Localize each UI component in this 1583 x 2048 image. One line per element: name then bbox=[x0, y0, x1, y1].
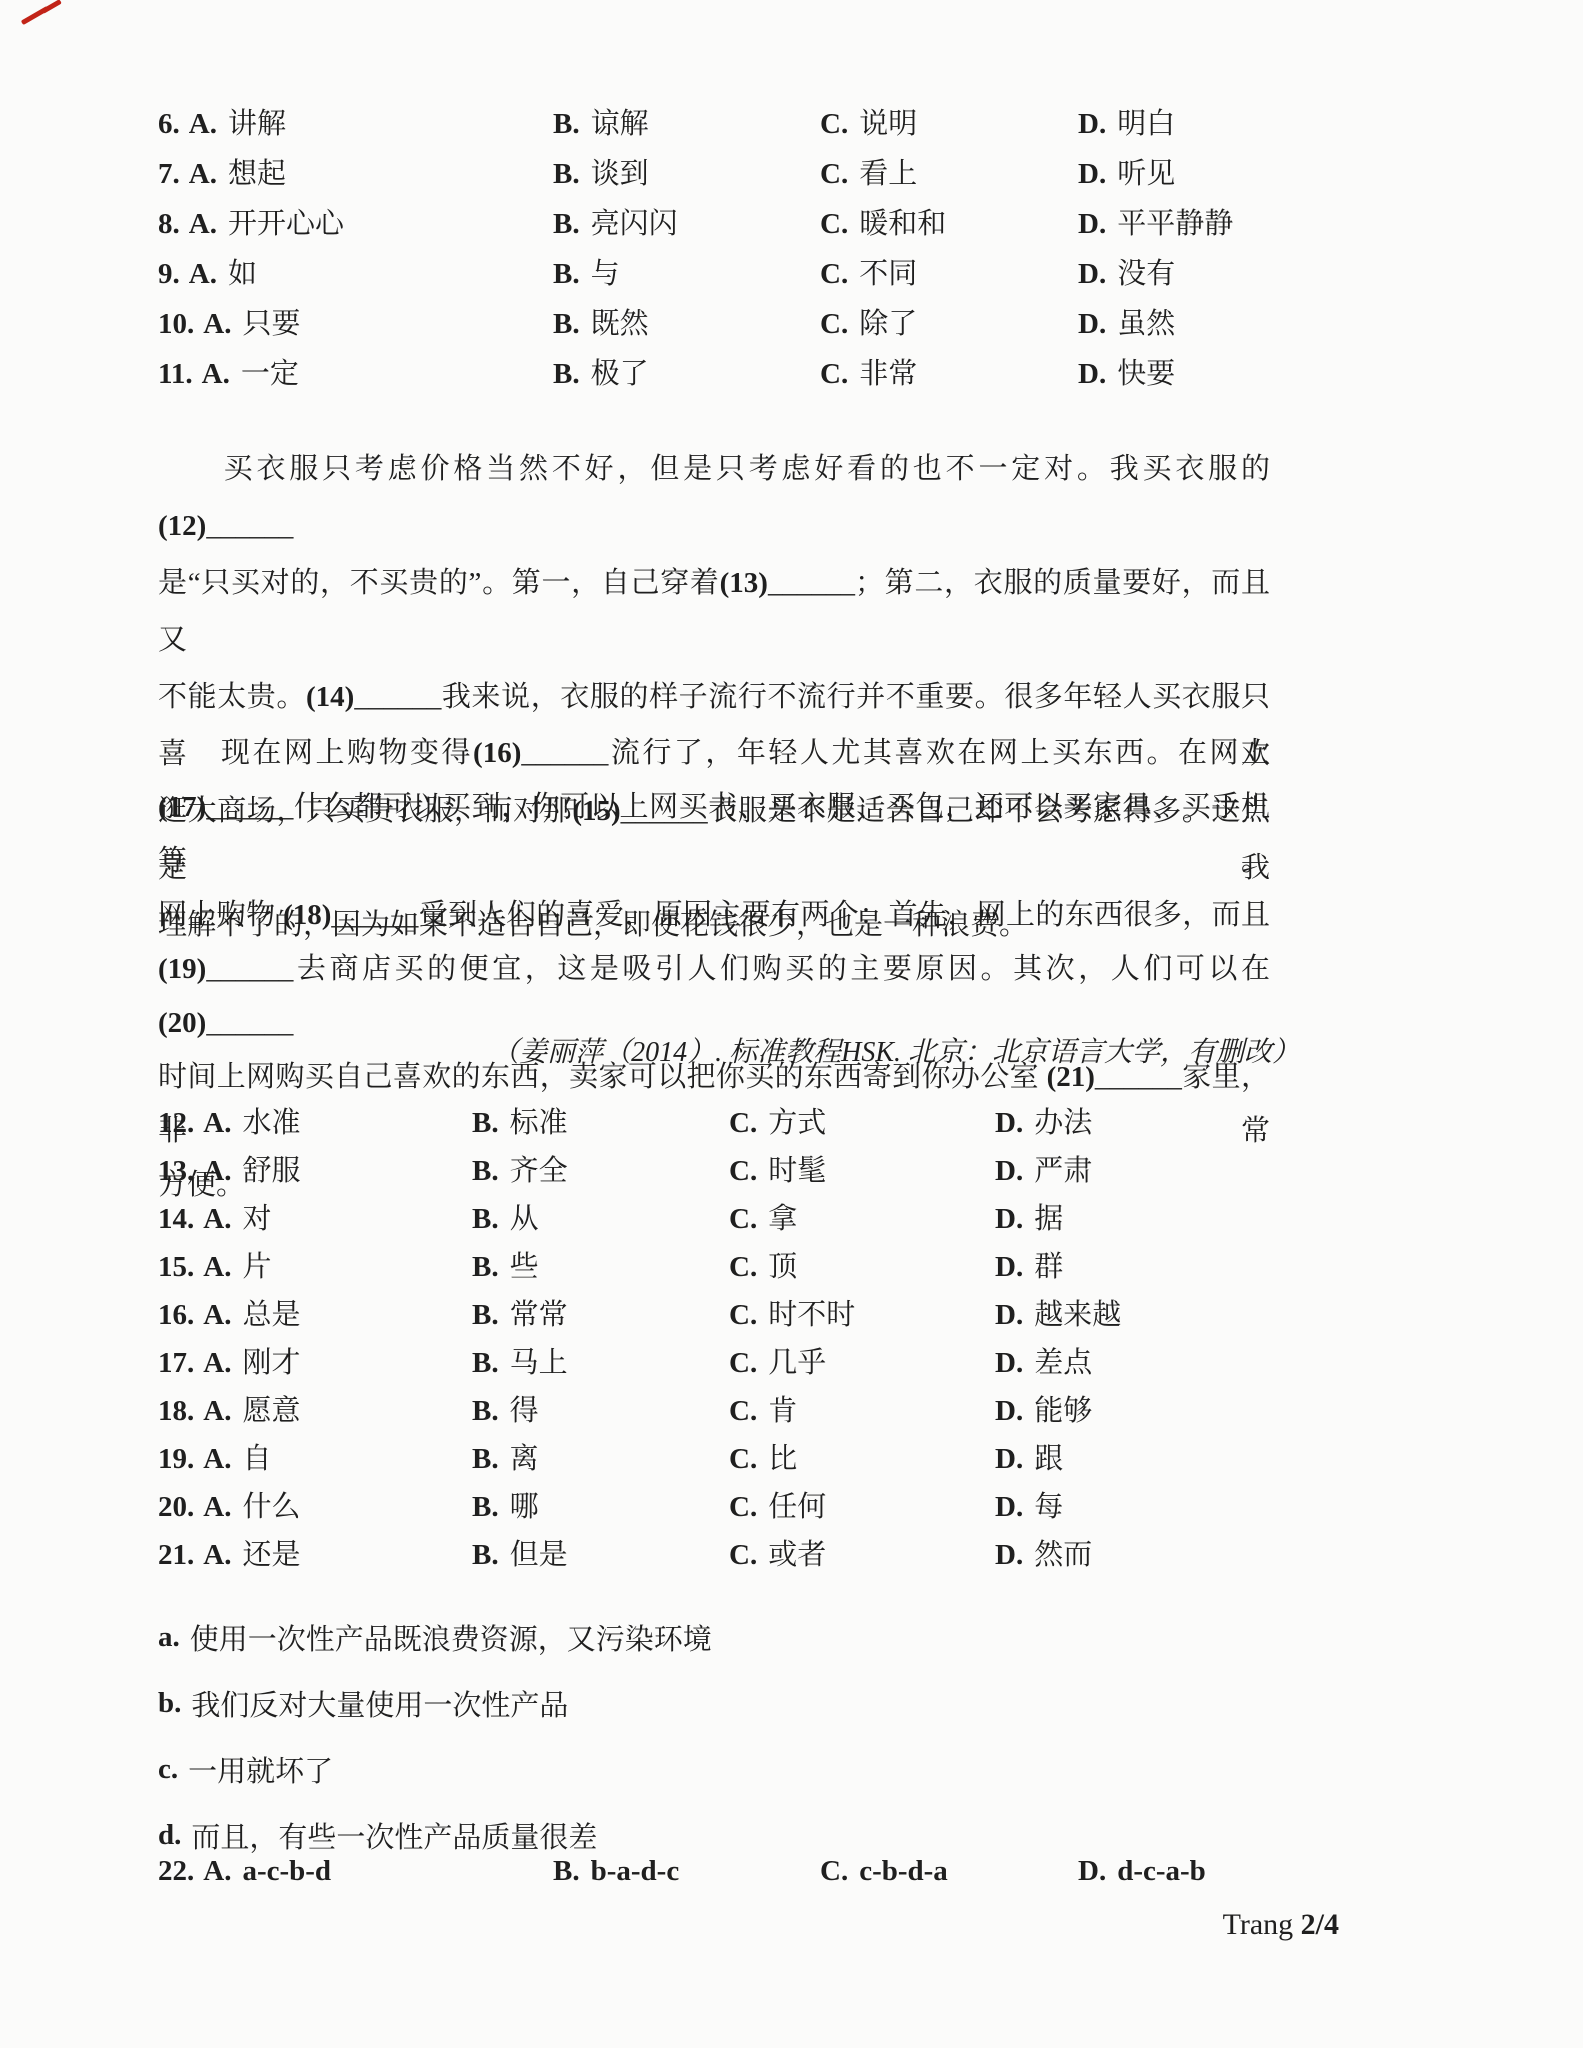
sentence-item-a: a.使用一次性产品既浪费资源，又污染环境 bbox=[158, 1604, 1258, 1670]
passage-text: ______流行了，年轻人尤其喜欢在网上买东西。在网上 bbox=[521, 737, 1270, 769]
option-d: D.没有 bbox=[1078, 251, 1428, 292]
option-letter: B. bbox=[553, 158, 580, 190]
option-letter: A. bbox=[203, 1203, 231, 1235]
option-text: 然而 bbox=[1034, 1539, 1092, 1571]
question-number: 13. bbox=[158, 1155, 194, 1187]
blank-number: (12) bbox=[158, 510, 206, 542]
question-row-6: 6.A.讲解B.谅解C.说明D.明白 bbox=[158, 96, 1428, 146]
option-text: 几乎 bbox=[768, 1347, 826, 1379]
option-text: 谈到 bbox=[591, 158, 649, 190]
option-text: 顶 bbox=[768, 1251, 797, 1283]
question-number: 22. bbox=[158, 1855, 194, 1887]
option-letter: C. bbox=[729, 1443, 757, 1475]
question-number: 11. bbox=[158, 358, 193, 390]
option-d: D.每 bbox=[995, 1484, 1428, 1525]
question-row-15: 15.A.片B.些C.顶D.群 bbox=[158, 1240, 1428, 1288]
option-text: 办法 bbox=[1034, 1107, 1092, 1139]
passage-text: 现在网上购物变得 bbox=[158, 737, 473, 769]
question-number: 21. bbox=[158, 1539, 194, 1571]
option-text: 谅解 bbox=[591, 108, 649, 140]
question-number: 8. bbox=[158, 208, 180, 240]
option-b: B.标准 bbox=[472, 1100, 729, 1141]
option-a: 15.A.片 bbox=[158, 1244, 472, 1285]
option-a: 13.A.舒服 bbox=[158, 1148, 472, 1189]
option-letter: A. bbox=[203, 1443, 231, 1475]
option-text: 看上 bbox=[859, 158, 917, 190]
question-row-21: 21.A.还是B.但是C.或者D.然而 bbox=[158, 1528, 1428, 1576]
passage-text: ______ bbox=[206, 510, 293, 542]
option-text: 时髦 bbox=[768, 1155, 826, 1187]
passage-line: 网上购物 (18)______受到人们的喜爱，原因主要有两个：首先，网上的东西很… bbox=[158, 888, 1270, 942]
option-letter: C. bbox=[729, 1491, 757, 1523]
page-number-prefix: Trang bbox=[1223, 1908, 1301, 1941]
option-d: D.然而 bbox=[995, 1532, 1428, 1573]
option-c: C.除了 bbox=[820, 301, 1078, 342]
option-d: D.办法 bbox=[995, 1100, 1428, 1141]
option-d: D.跟 bbox=[995, 1436, 1428, 1477]
question-row-12: 12.A.水准B.标准C.方式D.办法 bbox=[158, 1096, 1428, 1144]
sentence-text: 一用就坏了 bbox=[188, 1749, 333, 1790]
option-text: 如 bbox=[228, 258, 257, 290]
option-letter: D. bbox=[995, 1443, 1023, 1475]
option-letter: D. bbox=[1078, 358, 1106, 390]
question-number: 9. bbox=[158, 258, 180, 290]
option-a: 7.A.想起 bbox=[158, 151, 553, 192]
option-text: 暖和和 bbox=[859, 208, 946, 240]
option-letter: C. bbox=[729, 1347, 757, 1379]
option-text: d-c-a-b bbox=[1117, 1855, 1206, 1887]
passage-line: 是“只买对的，不买贵的”。第一，自己穿着(13)______；第二，衣服的质量要… bbox=[158, 555, 1270, 669]
option-letter: B. bbox=[553, 258, 580, 290]
option-letter: D. bbox=[995, 1347, 1023, 1379]
question-row-9: 9.A.如B.与C.不同D.没有 bbox=[158, 246, 1428, 296]
option-letter: A. bbox=[189, 208, 217, 240]
option-letter: B. bbox=[553, 1855, 580, 1887]
option-text: 只要 bbox=[242, 308, 300, 340]
option-letter: B. bbox=[553, 358, 580, 390]
option-letter: A. bbox=[202, 358, 230, 390]
option-c: C.c-b-d-a bbox=[820, 1855, 1078, 1888]
option-text: 据 bbox=[1034, 1203, 1063, 1235]
option-c: C.方式 bbox=[729, 1100, 995, 1141]
passage-text: ______去商店买的便宜，这是吸引人们购买的主要原因。其次，人们可以在 bbox=[206, 953, 1270, 985]
option-b: B.从 bbox=[472, 1196, 729, 1237]
option-letter: C. bbox=[729, 1299, 757, 1331]
option-c: C.拿 bbox=[729, 1196, 995, 1237]
option-letter: D. bbox=[1078, 1855, 1106, 1887]
blank-number: (13) bbox=[720, 567, 768, 599]
question-row-13: 13.A.舒服B.齐全C.时髦D.严肃 bbox=[158, 1144, 1428, 1192]
question-row-11: 11.A.一定B.极了C.非常D.快要 bbox=[158, 346, 1428, 396]
option-text: 极了 bbox=[591, 358, 649, 390]
option-text: 还是 bbox=[242, 1539, 300, 1571]
option-letter: D. bbox=[1078, 258, 1106, 290]
option-letter: A. bbox=[203, 1299, 231, 1331]
option-text: 得 bbox=[510, 1395, 539, 1427]
option-c: C.非常 bbox=[820, 351, 1078, 392]
option-letter: C. bbox=[820, 1855, 848, 1887]
option-letter: A. bbox=[203, 1155, 231, 1187]
option-d: D.群 bbox=[995, 1244, 1428, 1285]
option-letter: B. bbox=[472, 1491, 499, 1523]
option-letter: B. bbox=[553, 208, 580, 240]
passage-line: 买衣服只考虑价格当然不好，但是只考虑好看的也不一定对。我买衣服的 (12)___… bbox=[158, 441, 1270, 555]
option-text: 哪 bbox=[510, 1491, 539, 1523]
option-letter: A. bbox=[203, 1251, 231, 1283]
option-d: D.d-c-a-b bbox=[1078, 1855, 1428, 1888]
option-letter: C. bbox=[820, 108, 848, 140]
option-d: D.能够 bbox=[995, 1388, 1428, 1429]
option-letter: C. bbox=[729, 1203, 757, 1235]
option-letter: D. bbox=[1078, 108, 1106, 140]
sentence-label: c. bbox=[158, 1753, 178, 1786]
option-letter: D. bbox=[995, 1539, 1023, 1571]
option-b: B.离 bbox=[472, 1436, 729, 1477]
option-letter: C. bbox=[729, 1395, 757, 1427]
option-d: D.越来越 bbox=[995, 1292, 1428, 1333]
option-text: a-c-b-d bbox=[242, 1855, 331, 1887]
option-text: 想起 bbox=[228, 158, 286, 190]
option-text: 方式 bbox=[768, 1107, 826, 1139]
option-text: 些 bbox=[510, 1251, 539, 1283]
question-number: 17. bbox=[158, 1347, 194, 1379]
question-row-19: 19.A.自B.离C.比D.跟 bbox=[158, 1432, 1428, 1480]
option-letter: B. bbox=[472, 1203, 499, 1235]
option-letter: B. bbox=[553, 308, 580, 340]
option-text: 舒服 bbox=[242, 1155, 300, 1187]
option-text: 越来越 bbox=[1034, 1299, 1121, 1331]
option-b: B.与 bbox=[553, 251, 820, 292]
option-letter: B. bbox=[472, 1251, 499, 1283]
option-c: C.看上 bbox=[820, 151, 1078, 192]
option-letter: B. bbox=[472, 1539, 499, 1571]
option-a: 8.A.开开心心 bbox=[158, 201, 553, 242]
blank-number: (14) bbox=[306, 681, 354, 713]
option-letter: A. bbox=[203, 1855, 231, 1887]
option-text: 每 bbox=[1034, 1491, 1063, 1523]
option-a: 21.A.还是 bbox=[158, 1532, 472, 1573]
option-letter: B. bbox=[472, 1107, 499, 1139]
option-text: 没有 bbox=[1117, 258, 1175, 290]
option-text: 非常 bbox=[859, 358, 917, 390]
option-text: 讲解 bbox=[228, 108, 286, 140]
option-text: 刚才 bbox=[242, 1347, 300, 1379]
option-letter: C. bbox=[820, 258, 848, 290]
option-c: C.时不时 bbox=[729, 1292, 995, 1333]
option-b: B.b-a-d-c bbox=[553, 1855, 820, 1888]
blank-number: (19) bbox=[158, 953, 206, 985]
passage-text: 不能太贵。 bbox=[158, 681, 306, 713]
option-letter: A. bbox=[203, 1347, 231, 1379]
option-d: D.平平静静 bbox=[1078, 201, 1428, 242]
document-page: 6.A.讲解B.谅解C.说明D.明白7.A.想起B.谈到C.看上D.听见8.A.… bbox=[0, 0, 1583, 2048]
option-d: D.快要 bbox=[1078, 351, 1428, 392]
question-row-7: 7.A.想起B.谈到C.看上D.听见 bbox=[158, 146, 1428, 196]
option-c: C.不同 bbox=[820, 251, 1078, 292]
option-d: D.据 bbox=[995, 1196, 1428, 1237]
option-text: 不同 bbox=[859, 258, 917, 290]
option-text: 快要 bbox=[1117, 358, 1175, 390]
page-number-value: 2/4 bbox=[1301, 1908, 1339, 1941]
option-c: C.任何 bbox=[729, 1484, 995, 1525]
option-text: c-b-d-a bbox=[859, 1855, 948, 1887]
question-number: 10. bbox=[158, 308, 194, 340]
option-text: 严肃 bbox=[1034, 1155, 1092, 1187]
option-text: 开开心心 bbox=[228, 208, 344, 240]
option-letter: D. bbox=[1078, 158, 1106, 190]
option-text: 时不时 bbox=[768, 1299, 855, 1331]
option-text: 听见 bbox=[1117, 158, 1175, 190]
question-number: 7. bbox=[158, 158, 180, 190]
option-text: 常常 bbox=[510, 1299, 568, 1331]
option-letter: C. bbox=[729, 1107, 757, 1139]
option-letter: C. bbox=[729, 1155, 757, 1187]
option-a: 12.A.水准 bbox=[158, 1100, 472, 1141]
blank-number: (18) bbox=[283, 899, 331, 931]
option-text: 跟 bbox=[1034, 1443, 1063, 1475]
question-row-22: 22.A.a-c-b-dB.b-a-d-cC.c-b-d-aD.d-c-a-b bbox=[158, 1846, 1428, 1896]
sentence-text: 使用一次性产品既浪费资源，又污染环境 bbox=[190, 1617, 712, 1658]
sentence-label: b. bbox=[158, 1687, 181, 1720]
option-letter: B. bbox=[472, 1299, 499, 1331]
option-letter: A. bbox=[189, 258, 217, 290]
option-c: C.几乎 bbox=[729, 1340, 995, 1381]
passage-text: ______什么都可以买到，你可以上网买书、买衣服、买包，还可以买家具、买手机等… bbox=[158, 791, 1270, 877]
question-number: 16. bbox=[158, 1299, 194, 1331]
option-text: 比 bbox=[768, 1443, 797, 1475]
option-text: 群 bbox=[1034, 1251, 1063, 1283]
question-number: 19. bbox=[158, 1443, 194, 1475]
option-a: 16.A.总是 bbox=[158, 1292, 472, 1333]
option-b: B.谅解 bbox=[553, 101, 820, 142]
option-b: B.常常 bbox=[472, 1292, 729, 1333]
passage-text: 是“只买对的，不买贵的”。第一，自己穿着 bbox=[158, 567, 720, 599]
option-letter: D. bbox=[995, 1299, 1023, 1331]
option-text: 除了 bbox=[859, 308, 917, 340]
option-text: 齐全 bbox=[510, 1155, 568, 1187]
question-table-12-21: 12.A.水准B.标准C.方式D.办法13.A.舒服B.齐全C.时髦D.严肃14… bbox=[158, 1096, 1428, 1576]
option-b: B.得 bbox=[472, 1388, 729, 1429]
option-text: 总是 bbox=[242, 1299, 300, 1331]
option-d: D.听见 bbox=[1078, 151, 1428, 192]
option-text: 片 bbox=[242, 1251, 271, 1283]
red-pen-mark bbox=[41, 0, 62, 14]
option-a: 10.A.只要 bbox=[158, 301, 553, 342]
option-letter: D. bbox=[995, 1155, 1023, 1187]
question-table-6-11: 6.A.讲解B.谅解C.说明D.明白7.A.想起B.谈到C.看上D.听见8.A.… bbox=[158, 96, 1428, 396]
option-text: 虽然 bbox=[1117, 308, 1175, 340]
sentence-text: 我们反对大量使用一次性产品 bbox=[191, 1683, 568, 1724]
option-letter: D. bbox=[1078, 308, 1106, 340]
sentence-item-c: c.一用就坏了 bbox=[158, 1736, 1258, 1802]
option-text: 一定 bbox=[241, 358, 299, 390]
passage-line: (17)______什么都可以买到，你可以上网买书、买衣服、买包，还可以买家具、… bbox=[158, 780, 1270, 888]
option-b: B.谈到 bbox=[553, 151, 820, 192]
option-b: B.齐全 bbox=[472, 1148, 729, 1189]
option-letter: B. bbox=[472, 1155, 499, 1187]
option-letter: C. bbox=[820, 158, 848, 190]
option-b: B.些 bbox=[472, 1244, 729, 1285]
question-number: 18. bbox=[158, 1395, 194, 1427]
option-text: 任何 bbox=[768, 1491, 826, 1523]
option-text: 既然 bbox=[591, 308, 649, 340]
option-letter: D. bbox=[995, 1203, 1023, 1235]
option-letter: A. bbox=[189, 108, 217, 140]
option-d: D.虽然 bbox=[1078, 301, 1428, 342]
sentence-item-b: b.我们反对大量使用一次性产品 bbox=[158, 1670, 1258, 1736]
sentence-ordering-list: a.使用一次性产品既浪费资源，又污染环境b.我们反对大量使用一次性产品c.一用就… bbox=[158, 1604, 1258, 1868]
question-number: 6. bbox=[158, 108, 180, 140]
option-letter: A. bbox=[203, 308, 231, 340]
option-c: C.肯 bbox=[729, 1388, 995, 1429]
question-number: 14. bbox=[158, 1203, 194, 1235]
option-c: C.或者 bbox=[729, 1532, 995, 1573]
option-letter: C. bbox=[820, 208, 848, 240]
page-number: Trang 2/4 bbox=[1223, 1908, 1339, 1942]
option-letter: C. bbox=[729, 1539, 757, 1571]
option-text: 从 bbox=[510, 1203, 539, 1235]
option-text: 离 bbox=[510, 1443, 539, 1475]
option-a: 19.A.自 bbox=[158, 1436, 472, 1477]
option-text: 差点 bbox=[1034, 1347, 1092, 1379]
question-row-18: 18.A.愿意B.得C.肯D.能够 bbox=[158, 1384, 1428, 1432]
option-text: 自 bbox=[242, 1443, 271, 1475]
blank-number: (16) bbox=[473, 737, 521, 769]
question-number: 20. bbox=[158, 1491, 194, 1523]
option-text: 肯 bbox=[768, 1395, 797, 1427]
source-citation: （姜丽萍（2014）. 标准教程HSK. 北京：北京语言大学，有删改） bbox=[158, 1030, 1300, 1070]
option-letter: B. bbox=[472, 1395, 499, 1427]
option-b: B.哪 bbox=[472, 1484, 729, 1525]
option-text: 平平静静 bbox=[1117, 208, 1233, 240]
option-c: C.时髦 bbox=[729, 1148, 995, 1189]
option-d: D.明白 bbox=[1078, 101, 1428, 142]
question-row-16: 16.A.总是B.常常C.时不时D.越来越 bbox=[158, 1288, 1428, 1336]
question-number: 15. bbox=[158, 1251, 194, 1283]
option-letter: A. bbox=[203, 1491, 231, 1523]
option-text: 亮闪闪 bbox=[591, 208, 678, 240]
option-b: B.亮闪闪 bbox=[553, 201, 820, 242]
option-text: 或者 bbox=[768, 1539, 826, 1571]
option-text: 马上 bbox=[510, 1347, 568, 1379]
option-text: 愿意 bbox=[242, 1395, 300, 1427]
option-b: B.既然 bbox=[553, 301, 820, 342]
question-row-17: 17.A.刚才B.马上C.几乎D.差点 bbox=[158, 1336, 1428, 1384]
option-a: 14.A.对 bbox=[158, 1196, 472, 1237]
option-letter: C. bbox=[820, 308, 848, 340]
question-row-14: 14.A.对B.从C.拿D.据 bbox=[158, 1192, 1428, 1240]
option-letter: D. bbox=[995, 1107, 1023, 1139]
option-text: b-a-d-c bbox=[591, 1855, 680, 1887]
option-text: 什么 bbox=[242, 1491, 300, 1523]
option-letter: C. bbox=[820, 358, 848, 390]
passage-text: ______受到人们的喜爱，原因主要有两个：首先，网上的东西很多，而且 bbox=[331, 899, 1270, 931]
option-text: 但是 bbox=[510, 1539, 568, 1571]
option-letter: A. bbox=[203, 1107, 231, 1139]
option-b: B.极了 bbox=[553, 351, 820, 392]
option-letter: B. bbox=[472, 1443, 499, 1475]
option-letter: B. bbox=[553, 108, 580, 140]
option-a: 9.A.如 bbox=[158, 251, 553, 292]
passage-text: 买衣服只考虑价格当然不好，但是只考虑好看的也不一定对。我买衣服的 bbox=[158, 453, 1270, 485]
option-text: 水准 bbox=[242, 1107, 300, 1139]
option-b: B.马上 bbox=[472, 1340, 729, 1381]
option-d: D.差点 bbox=[995, 1340, 1428, 1381]
option-letter: D. bbox=[1078, 208, 1106, 240]
option-letter: A. bbox=[189, 158, 217, 190]
option-letter: B. bbox=[472, 1347, 499, 1379]
option-a: 6.A.讲解 bbox=[158, 101, 553, 142]
option-a: 17.A.刚才 bbox=[158, 1340, 472, 1381]
option-text: 明白 bbox=[1117, 108, 1175, 140]
option-letter: D. bbox=[995, 1395, 1023, 1427]
option-text: 标准 bbox=[510, 1107, 568, 1139]
option-text: 说明 bbox=[859, 108, 917, 140]
option-a: 18.A.愿意 bbox=[158, 1388, 472, 1429]
option-text: 能够 bbox=[1034, 1395, 1092, 1427]
option-text: 与 bbox=[591, 258, 620, 290]
question-row-22: 22.A.a-c-b-dB.b-a-d-cC.c-b-d-aD.d-c-a-b bbox=[158, 1846, 1428, 1896]
option-letter: A. bbox=[203, 1539, 231, 1571]
blank-number: (17) bbox=[158, 791, 206, 823]
option-letter: D. bbox=[995, 1251, 1023, 1283]
option-a: 20.A.什么 bbox=[158, 1484, 472, 1525]
option-c: C.比 bbox=[729, 1436, 995, 1477]
option-letter: C. bbox=[729, 1251, 757, 1283]
question-row-8: 8.A.开开心心B.亮闪闪C.暖和和D.平平静静 bbox=[158, 196, 1428, 246]
option-letter: A. bbox=[203, 1395, 231, 1427]
question-row-20: 20.A.什么B.哪C.任何D.每 bbox=[158, 1480, 1428, 1528]
passage-line: 现在网上购物变得(16)______流行了，年轻人尤其喜欢在网上买东西。在网上 bbox=[158, 726, 1270, 780]
question-row-10: 10.A.只要B.既然C.除了D.虽然 bbox=[158, 296, 1428, 346]
option-c: C.暖和和 bbox=[820, 201, 1078, 242]
option-text: 对 bbox=[242, 1203, 271, 1235]
question-number: 12. bbox=[158, 1107, 194, 1139]
option-b: B.但是 bbox=[472, 1532, 729, 1573]
option-a: 11.A.一定 bbox=[158, 351, 553, 392]
option-d: D.严肃 bbox=[995, 1148, 1428, 1189]
option-a: 22.A.a-c-b-d bbox=[158, 1855, 553, 1888]
passage-text: 网上购物 bbox=[158, 899, 283, 931]
option-c: C.说明 bbox=[820, 101, 1078, 142]
option-c: C.顶 bbox=[729, 1244, 995, 1285]
option-letter: D. bbox=[995, 1491, 1023, 1523]
option-text: 拿 bbox=[768, 1203, 797, 1235]
sentence-label: a. bbox=[158, 1621, 180, 1654]
